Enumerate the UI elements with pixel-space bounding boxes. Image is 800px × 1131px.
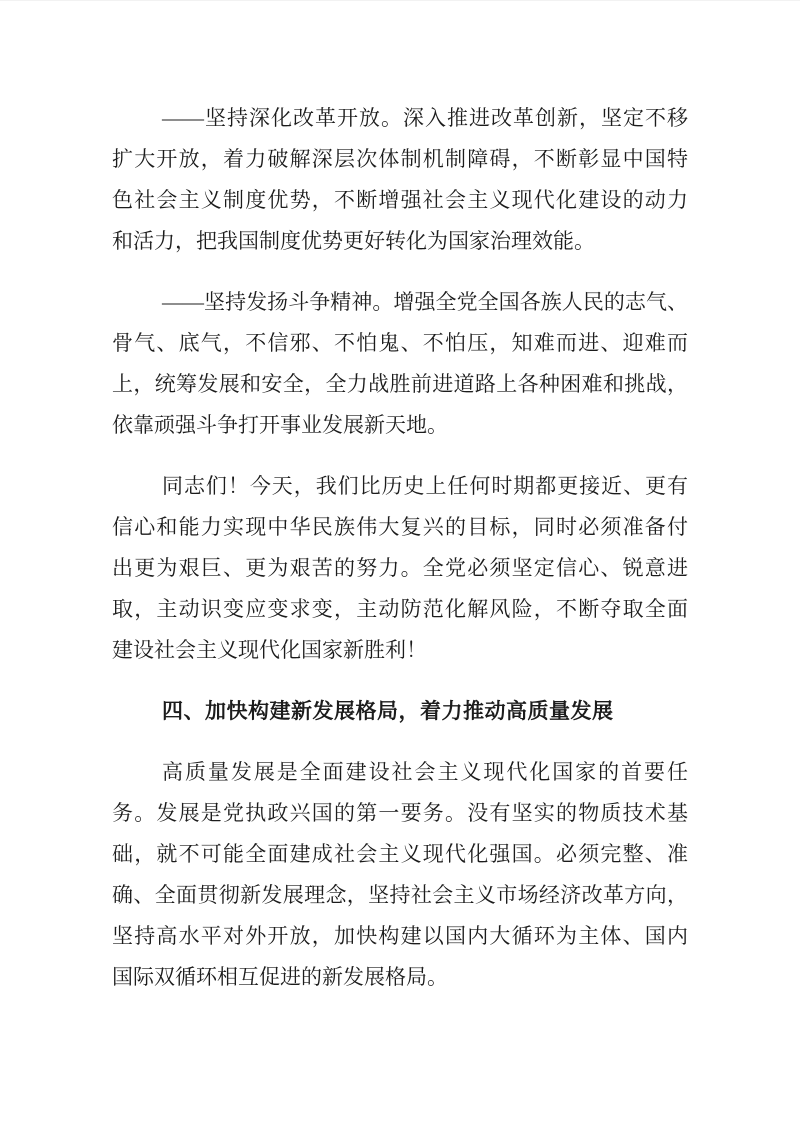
text-line: ——坚持深化改革开放。深入推进改革创新，坚定不移 — [112, 98, 688, 139]
text-line: 取，主动识变应变求变，主动防范化解风险，不断夺取全面 — [112, 589, 688, 630]
text-line: 色社会主义制度优势，不断增强社会主义现代化建设的动力 — [112, 180, 688, 221]
text-line: 坚持高水平对外开放，加快构建以国内大循环为主体、国内 — [112, 916, 688, 957]
text-line: 扩大开放，着力破解深层次体制机制障碍，不断彰显中国特 — [112, 139, 688, 180]
text-line: 础，就不可能全面建成社会主义现代化强国。必须完整、准 — [112, 834, 688, 875]
text-line: 高质量发展是全面建设社会主义现代化国家的首要任 — [112, 752, 688, 793]
text-line: 骨气、底气，不信邪、不怕鬼、不怕压，知难而进、迎难而 — [112, 323, 688, 364]
paragraph: ——坚持发扬斗争精神。增强全党全国各族人民的志气、骨气、底气，不信邪、不怕鬼、不… — [112, 282, 688, 446]
text-line: 依靠顽强斗争打开事业发展新天地。 — [112, 405, 688, 446]
text-line: 务。发展是党执政兴国的第一要务。没有坚实的物质技术基 — [112, 793, 688, 834]
text-line: ——坚持发扬斗争精神。增强全党全国各族人民的志气、 — [112, 282, 688, 323]
document-content: ——坚持深化改革开放。深入推进改革创新，坚定不移扩大开放，着力破解深层次体制机制… — [112, 1, 688, 1018]
paragraph: ——坚持深化改革开放。深入推进改革创新，坚定不移扩大开放，着力破解深层次体制机制… — [112, 98, 688, 262]
text-line: 同志们！今天，我们比历史上任何时期都更接近、更有 — [112, 466, 688, 507]
section-heading: 四、加快构建新发展格局，着力推动高质量发展 — [112, 691, 688, 732]
text-line: 上，统筹发展和安全，全力战胜前进道路上各种困难和挑战， — [112, 364, 688, 405]
paragraph: 同志们！今天，我们比历史上任何时期都更接近、更有信心和能力实现中华民族伟大复兴的… — [112, 466, 688, 671]
text-line: 和活力，把我国制度优势更好转化为国家治理效能。 — [112, 221, 688, 262]
document-page: ——坚持深化改革开放。深入推进改革创新，坚定不移扩大开放，着力破解深层次体制机制… — [0, 0, 800, 1131]
text-line: 四、加快构建新发展格局，着力推动高质量发展 — [112, 691, 688, 732]
paragraph: 高质量发展是全面建设社会主义现代化国家的首要任务。发展是党执政兴国的第一要务。没… — [112, 752, 688, 998]
text-line: 建设社会主义现代化国家新胜利！ — [112, 630, 688, 671]
text-line: 确、全面贯彻新发展理念，坚持社会主义市场经济改革方向， — [112, 875, 688, 916]
text-line: 信心和能力实现中华民族伟大复兴的目标，同时必须准备付 — [112, 507, 688, 548]
text-line: 国际双循环相互促进的新发展格局。 — [112, 957, 688, 998]
text-line: 出更为艰巨、更为艰苦的努力。全党必须坚定信心、锐意进 — [112, 548, 688, 589]
